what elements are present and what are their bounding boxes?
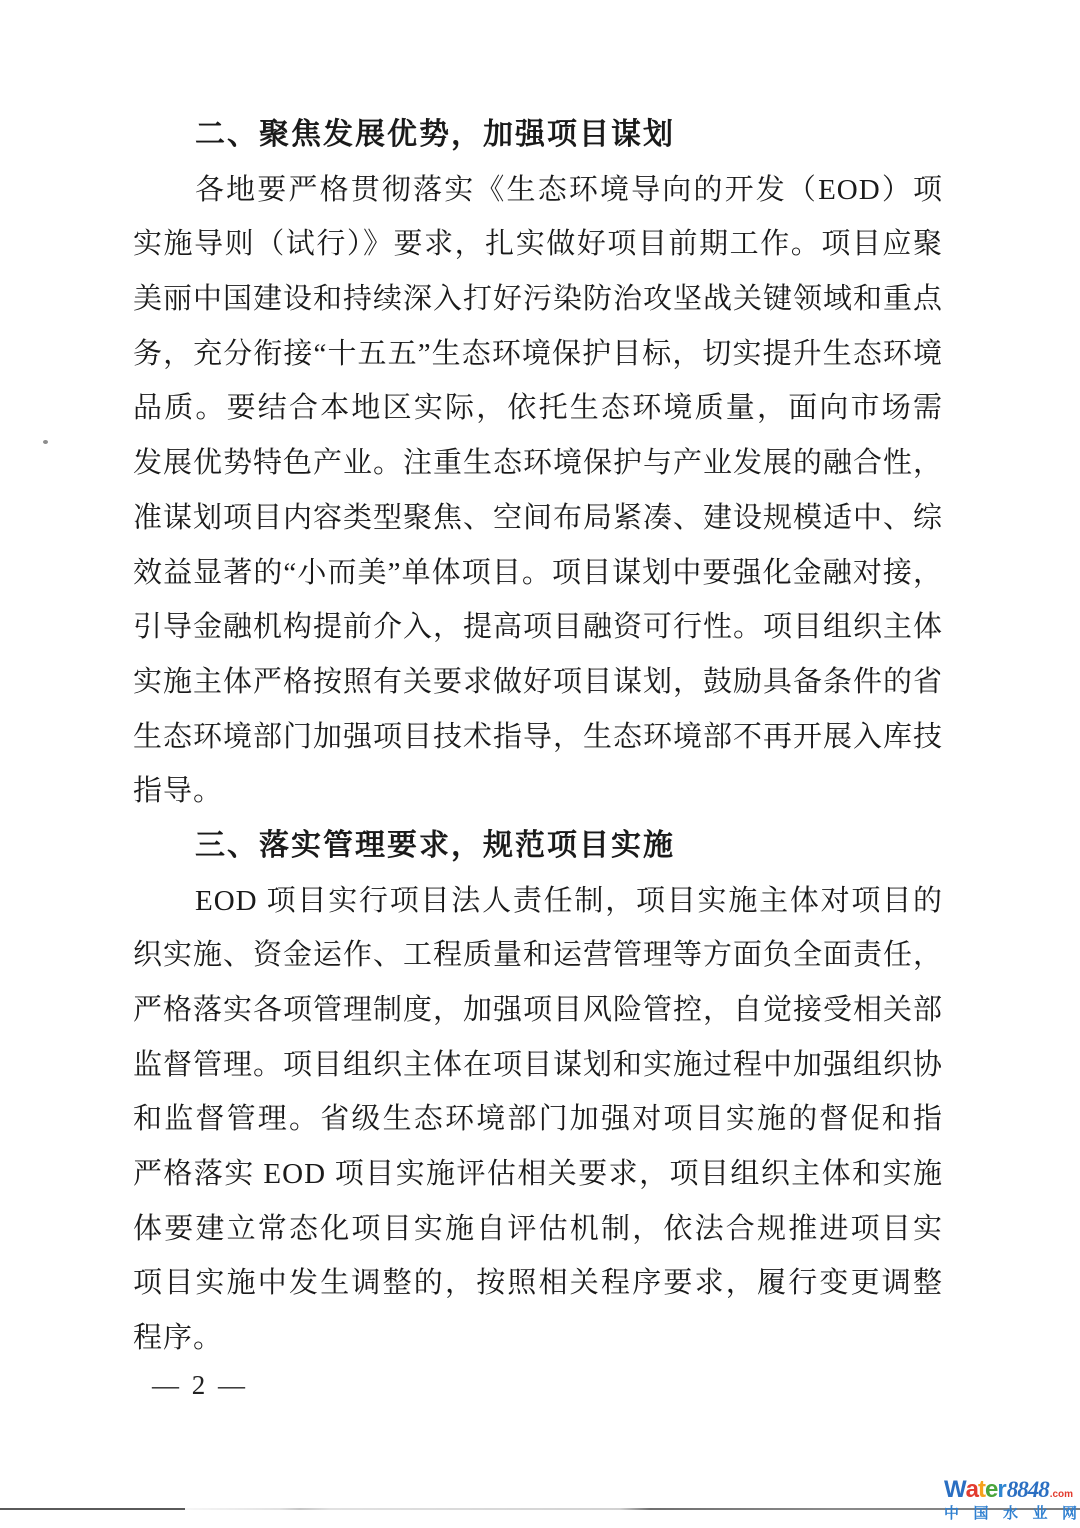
brand-letter: a: [966, 1478, 978, 1501]
body-line: 效益显著的“小而美”单体项目。项目谋划中要强化金融对接，: [133, 546, 943, 601]
body-line: 严格落实各项管理制度，加强项目风险管控，自觉接受相关部门: [133, 983, 943, 1038]
body-line: EOD 项目实行项目法人责任制，项目实施主体对项目的组: [133, 874, 943, 929]
body-line: 体要建立常态化项目实施自评估机制，依法合规推进项目实施。: [133, 1202, 943, 1257]
brand-letter: t: [978, 1478, 985, 1501]
watermark-brand: W a t e r 8848 .com: [944, 1477, 1077, 1500]
body-line: 务，充分衔接“十五五”生态环境保护目标，切实提升生态环境: [133, 327, 943, 382]
watermark-logo: W a t e r 8848 .com 中 国 水 业 网: [944, 1477, 1077, 1523]
body-line: 实施主体严格按照有关要求做好项目谋划，鼓励具备条件的省级: [133, 655, 943, 710]
body-line: 发展优势特色产业。注重生态环境保护与产业发展的融合性，精: [133, 436, 943, 491]
body-line: 程序。: [133, 1311, 943, 1366]
page-number: — 2 —: [152, 1370, 248, 1401]
document-page: 二、聚焦发展优势，加强项目谋划 各地要严格贯彻落实《生态环境导向的开发（EOD）…: [0, 0, 1080, 1528]
subtitle-char: 中: [944, 1502, 959, 1523]
body-line: 指导。: [133, 764, 943, 819]
body-line: 和监督管理。省级生态环境部门加强对项目实施的督促和指导。: [133, 1092, 943, 1147]
body-line: 织实施、资金运作、工程质量和运营管理等方面负全面责任，须: [133, 928, 943, 983]
body-line: 准谋划项目内容类型聚焦、空间布局紧凑、建设规模适中、综合: [133, 491, 943, 546]
subtitle-char: 水: [1003, 1502, 1018, 1523]
brand-number: 8848: [1007, 1477, 1049, 1503]
body-line: 各地要严格贯彻落实《生态环境导向的开发（EOD）项目: [133, 163, 943, 218]
ink-speck: [43, 440, 48, 444]
body-line: 项目实施中发生调整的，按照相关程序要求，履行变更调整: [133, 1256, 943, 1311]
subtitle-char: 业: [1032, 1502, 1047, 1523]
body-line: 实施导则（试行）》要求，扎实做好项目前期工作。项目应聚焦: [133, 217, 943, 272]
body-line: 生态环境部门加强项目技术指导，生态环境部不再开展入库技术: [133, 710, 943, 765]
brand-tld: .com: [1050, 1489, 1073, 1500]
body-line: 监督管理。项目组织主体在项目谋划和实施过程中加强组织协调: [133, 1038, 943, 1093]
document-body: 二、聚焦发展优势，加强项目谋划 各地要严格贯彻落实《生态环境导向的开发（EOD）…: [133, 108, 943, 1366]
subtitle-char: 网: [1062, 1502, 1077, 1523]
brand-letter: W: [944, 1478, 966, 1501]
subtitle-char: 国: [973, 1502, 988, 1523]
section-heading: 二、聚焦发展优势，加强项目谋划: [133, 108, 943, 163]
body-line: 美丽中国建设和持续深入打好污染防治攻坚战关键领域和重点任: [133, 272, 943, 327]
scan-artifact-line: [0, 1508, 1080, 1510]
brand-letter: r: [997, 1478, 1005, 1501]
section-heading: 三、落实管理要求，规范项目实施: [133, 819, 943, 874]
body-line: 严格落实 EOD 项目实施评估相关要求，项目组织主体和实施主: [133, 1147, 943, 1202]
brand-letter: e: [985, 1478, 997, 1501]
body-line: 引导金融机构提前介入，提高项目融资可行性。项目组织主体和: [133, 600, 943, 655]
body-line: 品质。要结合本地区实际，依托生态环境质量，面向市场需求，: [133, 381, 943, 436]
watermark-subtitle: 中 国 水 业 网: [944, 1502, 1077, 1523]
